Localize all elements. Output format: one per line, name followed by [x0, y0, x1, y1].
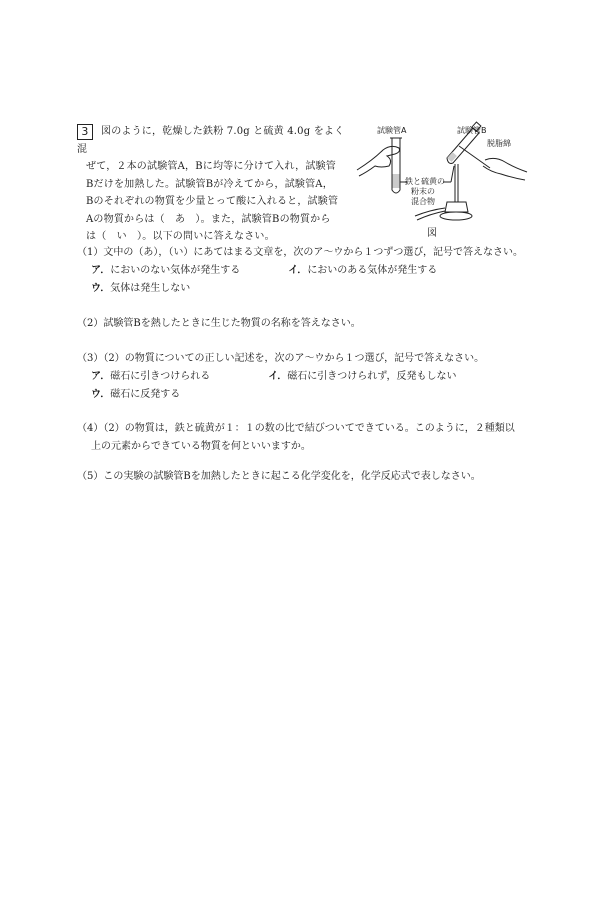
option-u: ウ．磁石に反発する — [91, 386, 180, 404]
question-1: （1）文中の（あ），（い）にあてはまる文章を，次のア〜ウから１つずつ選び，記号で… — [77, 244, 527, 298]
question-2: （2）試験管Bを熱したときに生じた物質の名称を答えなさい。 — [77, 315, 527, 333]
label-mixture-3: 混合物 — [411, 196, 435, 207]
option-u: ウ．気体は発生しない — [91, 280, 190, 298]
label-test-tube-b: 試験管B — [457, 125, 487, 136]
question-3-options-row-1: ア．磁石に引きつけられる イ．磁石に引きつけられず，反発もしない — [77, 368, 527, 386]
question-1-options-row-1: ア．においのない気体が発生する イ．においのある気体が発生する — [77, 262, 527, 280]
question-1-options-row-2: ウ．気体は発生しない — [77, 280, 527, 298]
question-3-text: （3）（2）の物質についての正しい記述を，次のア〜ウから１つ選び，記号で答えなさ… — [77, 353, 484, 364]
intro-line-4: Bのそれぞれの物質を少量とって酸に入れると，試験管 — [77, 193, 347, 211]
question-4-text: （4）（2）の物質は，鉄と硫黄が１：１の数の比で結びついてできている。このように… — [77, 423, 515, 434]
intro-line-3: Bだけを加熱した。試験管Bが冷えてから，試験管A， — [77, 176, 347, 194]
intro-line-1: 図のように，乾燥した鉄粉 7.0g と硫黄 4.0g をよく混 — [77, 126, 344, 155]
problem-intro: 3図のように，乾燥した鉄粉 7.0g と硫黄 4.0g をよく混 ぜて，２本の試… — [77, 123, 347, 246]
question-5-text: （5）この実験の試験管Bを加熱したときに起こる化学変化を，化学反応式で表しなさい… — [77, 471, 481, 482]
option-i: イ．においのある気体が発生する — [288, 262, 437, 280]
intro-line-5: Aの物質からは（ あ ）。また，試験管Bの物質から — [77, 211, 347, 229]
question-3-options-row-2: ウ．磁石に反発する — [77, 386, 527, 404]
option-a: ア．においのない気体が発生する — [91, 262, 240, 280]
option-a: ア．磁石に引きつけられる — [91, 368, 210, 386]
intro-line-2: ぜて，２本の試験管A，Bに均等に分けて入れ，試験管 — [77, 158, 347, 176]
problem-number-box: 3 — [77, 124, 93, 140]
question-2-text: （2）試験管Bを熱したときに生じた物質の名称を答えなさい。 — [77, 318, 361, 329]
question-4: （4）（2）の物質は，鉄と硫黄が１：１の数の比で結びついてできている。このように… — [77, 420, 527, 456]
question-4-text-cont: 上の元素からできている物質を何といいますか。 — [77, 438, 527, 456]
experiment-figure: 試験管A 試験管B 脱脂綿 鉄と硫黄の 粉末の 混合物 図 — [355, 120, 530, 240]
label-cotton: 脱脂綿 — [487, 138, 511, 149]
question-3: （3）（2）の物質についての正しい記述を，次のア〜ウから１つ選び，記号で答えなさ… — [77, 350, 527, 404]
option-i: イ．磁石に引きつけられず，反発もしない — [268, 368, 456, 386]
figure-caption: 図 — [427, 224, 437, 239]
intro-line-6: は（ い ）。以下の問いに答えなさい。 — [77, 228, 347, 246]
label-test-tube-a: 試験管A — [377, 125, 406, 136]
question-1-text: （1）文中の（あ），（い）にあてはまる文章を，次のア〜ウから１つずつ選び，記号で… — [77, 247, 523, 258]
question-5: （5）この実験の試験管Bを加熱したときに起こる化学変化を，化学反応式で表しなさい… — [77, 468, 527, 486]
